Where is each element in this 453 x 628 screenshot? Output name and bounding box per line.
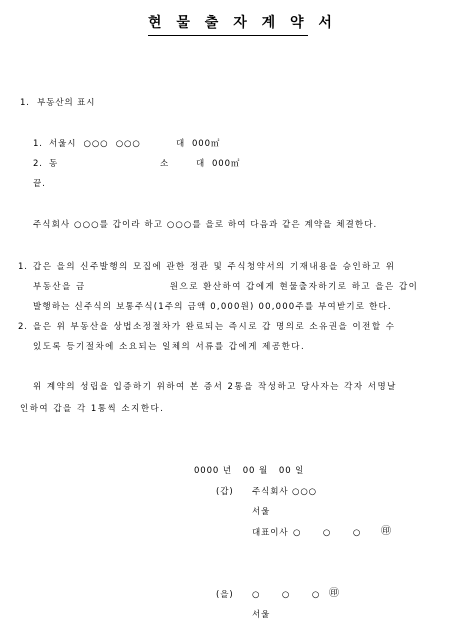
contract-intro: 주식회사 ○○○를 갑이라 하고 ○○○를 을로 하여 다음과 같은 계약을 체… bbox=[33, 219, 377, 231]
property-item-2-address: 동 bbox=[49, 158, 58, 170]
property-item-1-address: 서울시 ○○○ ○○○ bbox=[49, 138, 141, 150]
property-list-end: 끝. bbox=[33, 178, 46, 190]
party-a-label: (갑) bbox=[216, 486, 234, 498]
property-item-1-no: 1. bbox=[33, 138, 43, 150]
clause-1-line-1: 갑은 을의 신주발행의 모집에 관한 정관 및 주식청약서의 기재내용을 승인하… bbox=[33, 261, 396, 273]
party-a-company: 주식회사 ○○○ bbox=[252, 486, 317, 498]
party-a-address: 서울 bbox=[252, 506, 270, 518]
party-b-label: (을) bbox=[216, 589, 234, 601]
clause-2-no: 2. bbox=[18, 321, 28, 333]
property-item-2-type: 대 bbox=[196, 158, 205, 170]
clause-2-line-2: 있도록 등기절차에 소요되는 일체의 서류를 갑에게 제공한다. bbox=[33, 341, 305, 353]
clause-1-line-2: 부동산을 금 원으로 환산하여 갑에게 현물출자하기로 하고 을은 갑이 bbox=[33, 281, 418, 293]
contract-date: 0000 년 00 월 00 일 bbox=[194, 465, 304, 477]
clause-2-line-1: 을은 위 부동산을 상법소정절차가 완료되는 즉시로 갑 명의로 소유권을 이전… bbox=[33, 321, 396, 333]
closing-line-1: 위 계약의 성립을 입증하기 위하여 본 증서 2통을 작성하고 당사자는 각자… bbox=[33, 381, 397, 393]
property-item-1-type: 대 bbox=[176, 138, 185, 150]
clause-1-line-3: 발행하는 신주식의 보통주식(1주의 금액 0,000원) 00,000주를 부… bbox=[33, 301, 392, 313]
property-item-2-no: 2. bbox=[33, 158, 43, 170]
party-b-address: 서울 bbox=[252, 609, 270, 621]
document-title: 현 물 출 자 계 약 서 bbox=[148, 12, 308, 32]
closing-line-2: 인하여 갑을 각 1통씩 소지한다. bbox=[20, 403, 164, 415]
party-b-seal-icon: ㊞ bbox=[329, 588, 340, 600]
party-a-rep-title: 대표이사 bbox=[252, 527, 288, 539]
party-b-name: ○ ○ ○ bbox=[252, 589, 320, 601]
property-item-2-extra: 소 bbox=[160, 158, 169, 170]
property-item-1-area: 000㎡ bbox=[192, 138, 220, 150]
clause-1-no: 1. bbox=[18, 261, 28, 273]
title-underline bbox=[148, 35, 308, 36]
party-a-rep-name: ○ ○ ○ bbox=[293, 527, 361, 539]
section-heading-property: 1. 부동산의 표시 bbox=[20, 97, 95, 109]
party-a-seal-icon: ㊞ bbox=[381, 526, 392, 538]
property-item-2-area: 000㎡ bbox=[212, 158, 240, 170]
